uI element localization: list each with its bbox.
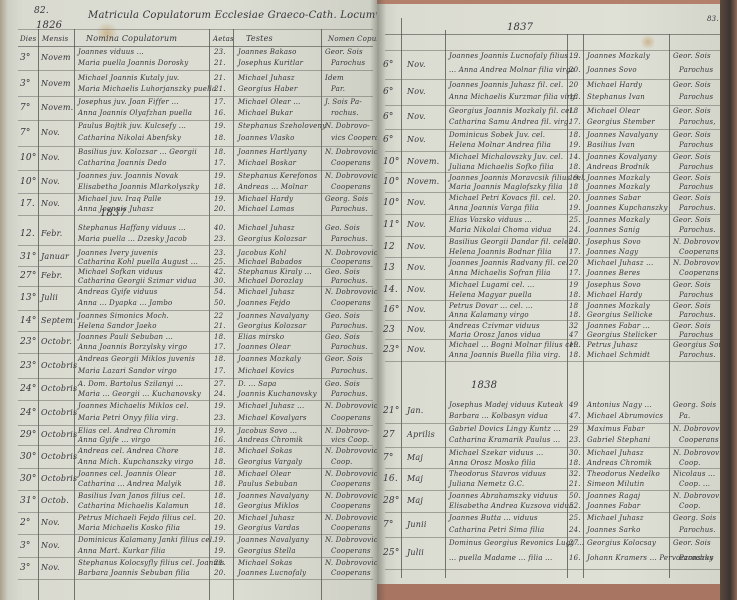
entry-month: Septem. — [41, 316, 76, 325]
bride-name: Anna Orosz Mosko filia — [449, 459, 536, 467]
bride-name: Anna Joannis Varga filia — [449, 204, 539, 212]
row-rule — [18, 579, 373, 580]
groom-name: Basilius Georgii Dandar fil. celeb. — [449, 238, 576, 246]
groom-name: Michael Sofkan viduus — [78, 268, 163, 276]
officiant-line-2: Parochus. — [679, 204, 716, 212]
groom-name: Joannes viduus ... — [78, 48, 144, 56]
officiant-line-2: Cooperans — [679, 436, 719, 444]
witness-1: Michael Juhasz — [238, 224, 295, 232]
witness-1: Michael Juhasz — [587, 449, 644, 457]
entry-month: Nov. — [41, 541, 60, 550]
bride-name: Catharina Nikolai Abenfsky — [78, 134, 181, 142]
officiant-line-2: Cooperans — [331, 480, 371, 488]
bride-age: 18. — [569, 311, 581, 319]
page-number: 83. — [707, 15, 719, 23]
groom-age: 25. — [569, 514, 581, 522]
groom-name: Andreas cel. Andrea Chore — [78, 447, 179, 455]
witness-1: Stephanus Szeholoveny — [238, 122, 326, 130]
groom-age: 19 — [569, 281, 578, 289]
groom-age: 29 — [569, 425, 578, 433]
witness-2: Joannes Sovo — [587, 66, 637, 74]
groom-age: 19. — [214, 402, 226, 410]
section-year-marker: 1837 — [100, 208, 126, 219]
officiant-line-2: Parochus. — [331, 367, 368, 375]
row-rule — [385, 512, 721, 513]
column-divider — [38, 29, 39, 600]
groom-age: 27. — [214, 380, 226, 388]
entry-month: Maj — [407, 474, 423, 483]
entry-day: 27° — [20, 271, 37, 281]
entry-month: Octobris — [41, 408, 77, 417]
row-rule — [18, 512, 373, 513]
entry-month: Nov. — [407, 325, 426, 334]
officiant-line-2: Cooperans — [331, 569, 371, 577]
officiant-line-1: Georgius Sois — [673, 341, 721, 349]
col-header-witnesses: Testes — [246, 34, 273, 43]
bride-name: Helena Molnar Andrea filia — [449, 141, 551, 149]
witness-1: Elias mirsko — [238, 333, 284, 341]
bride-name: Anna Michaelis Sofran filia — [449, 269, 551, 277]
row-rule — [385, 214, 721, 215]
officiant-line-2: Parochus. — [331, 322, 368, 330]
groom-name: Basilius juv. Kolozsar ... Georgii — [78, 148, 197, 156]
groom-age: 20 — [569, 81, 578, 89]
officiant-line-1: Geor. Sois — [673, 107, 711, 115]
row-rule — [385, 447, 721, 448]
entry-day: 10° — [20, 153, 37, 163]
officiant-line-1: Idem — [325, 74, 344, 82]
groom-name: Joannes Michaelis Miklos cel. — [78, 402, 189, 410]
officiant-line-1: Geor. Sois — [673, 174, 711, 182]
row-rule — [385, 192, 721, 193]
officiant-line-2: Cooperans — [331, 414, 371, 422]
bride-name: Anna Michaelis Kurzmar filia virg. — [449, 93, 578, 101]
officiant-line-1: N. Dobrovo- — [325, 122, 370, 130]
groom-age: 18. — [214, 470, 226, 478]
row-rule — [385, 300, 721, 301]
witness-1: Antonius Nagy ... — [587, 401, 652, 409]
entry-month: Octobris — [41, 361, 77, 370]
groom-name: Dominicus Kalamany Janki filius cel. — [78, 536, 215, 544]
bride-name: Catharina Joannis Dedo — [78, 159, 167, 167]
groom-age: 18 — [569, 107, 578, 115]
row-rule — [18, 468, 373, 469]
entry-day: 24° — [20, 408, 37, 418]
bride-age: 16. — [214, 109, 226, 117]
witness-2: Michael Hardy — [587, 291, 642, 299]
row-rule — [18, 96, 373, 97]
groom-age: 19. — [569, 52, 581, 60]
entry-month: Nov. — [407, 285, 426, 294]
officiant-line-2: Parochus. — [331, 390, 368, 398]
groom-age: 19. — [214, 195, 226, 203]
witness-1: Joannes Mozkaly — [587, 174, 650, 182]
bride-name: Maria ... Georgii ... Kuchanovsky — [78, 390, 201, 398]
row-rule — [385, 151, 721, 152]
officiant-line-1: Georg. Sois — [673, 401, 716, 409]
groom-age: 18 — [569, 302, 578, 310]
officiant-line-1: N. Dobrovovics — [673, 425, 721, 433]
groom-name: Joannes Ivery juvenis — [78, 249, 158, 257]
bride-age: 21. — [214, 85, 226, 93]
bride-age: 24. — [569, 526, 581, 534]
entry-month: Novem. — [41, 103, 73, 112]
groom-age: 20 — [569, 259, 578, 267]
witness-1: Michael Juhasz — [238, 74, 295, 82]
officiant-line-1: Geor. Sois — [673, 81, 711, 89]
groom-name: Michael ... Bogni Molnar filius cel. — [449, 341, 579, 349]
groom-name: Joannes cel. Joannis Olear — [78, 470, 176, 478]
right-page: 1837 83. 6°Nov.Joannes Joannis Lucnofaly… — [377, 4, 721, 584]
officiant-line-2: Parochus — [679, 66, 713, 74]
witness-1: Michael Olear — [587, 107, 640, 115]
bride-age: 16. — [569, 554, 581, 562]
witness-1: Maximus Fabar — [587, 425, 645, 433]
groom-name: A. Dom. Bartolus Szilanyi ... — [78, 380, 183, 388]
bride-age: 23. — [214, 235, 226, 243]
water-stain — [641, 34, 655, 50]
open-register-book: 82. Matricula Copulatorum Ecclesiae Grae… — [0, 0, 737, 600]
bride-age: 20. — [214, 205, 226, 213]
officiant-line-2: Cooperans — [331, 502, 371, 510]
officiant-line-1: J. Sois Pa- — [325, 98, 362, 106]
witness-1: Michael Hardy — [238, 195, 293, 203]
officiant-line-2: vics Coop. — [331, 436, 369, 444]
bride-name: Elisabetha Joannis Mlarkolyszky — [78, 183, 199, 191]
officiant-line-2: Cooperans — [331, 299, 371, 307]
column-divider — [233, 29, 234, 600]
bride-name: Catharina Kramarik Paulus ... — [449, 436, 560, 444]
bride-name: Catharina Kohl puella August ... — [78, 258, 198, 266]
officiant-line-1: Geo. Sois — [325, 333, 360, 341]
groom-age: 19. — [214, 536, 226, 544]
bride-name: Maria Petri Onyy filia virg. — [78, 414, 178, 422]
entry-day: 31° — [20, 252, 37, 262]
officiant-line-1: N. Dobrovovics — [673, 259, 721, 267]
entry-day: 29° — [20, 430, 37, 440]
page-number: 82. — [34, 6, 49, 16]
entry-month: Nov. — [407, 263, 426, 272]
entry-month: Novem — [41, 79, 71, 88]
witness-1: Joannes Bakaso — [238, 48, 297, 56]
col-header-names: Nomina Copulatorum — [86, 34, 177, 43]
col-header-month: Mensis — [42, 35, 68, 43]
officiant-line-2: Parochus — [679, 291, 713, 299]
witness-1: Joannes Mozkaly — [587, 216, 650, 224]
witness-1: Josephus Sovo — [587, 281, 641, 289]
groom-age: 42. — [214, 268, 226, 276]
bride-age: 18 — [569, 183, 578, 191]
bride-age: 18. — [569, 163, 581, 171]
witness-2: Andreas Chromik — [587, 459, 652, 467]
officiant-line-1: Geor. Sois — [673, 281, 711, 289]
groom-name: Joannes Joannis Radvany fil. cel. — [449, 259, 571, 267]
bride-name: Anna ... Dyapka ... Jambo — [78, 299, 172, 307]
header-bottom-rule — [18, 46, 373, 47]
groom-age: 19. — [569, 174, 581, 182]
officiant-line-2: Parochus — [331, 59, 365, 67]
groom-name: Georgius Joannis Mozkaly fil. cel. — [449, 107, 574, 115]
officiant-line-2: Parochus. — [679, 311, 716, 319]
entry-month: Octobr. — [41, 337, 72, 346]
witness-2: Michael Bukar — [238, 109, 293, 117]
groom-name: Josephus Madej viduus Kuteak — [449, 401, 564, 409]
groom-name: Joannes Abrahamszky viduus — [449, 492, 558, 500]
column-divider — [583, 34, 584, 578]
groom-age: 25. — [569, 216, 581, 224]
groom-age: 18. — [569, 131, 581, 139]
row-rule — [385, 537, 721, 538]
witness-1: Michael Sokas — [238, 447, 292, 455]
officiant-line-2: Cooperans — [679, 269, 719, 277]
groom-name: Andreas Gyife viduus — [78, 288, 158, 296]
entry-month: Nov. — [407, 135, 426, 144]
column-divider — [567, 34, 568, 578]
bride-age: 20. — [214, 569, 226, 577]
bride-name: Maria Joannis Maglofszky filia — [449, 183, 563, 191]
bride-age: 18. — [214, 134, 226, 142]
entry-day: 10° — [20, 177, 37, 187]
officiant-line-2: Cooperans — [679, 248, 719, 256]
bride-age: 19. — [569, 141, 581, 149]
column-divider — [74, 29, 75, 600]
officiant-line-1: Georg. Sois — [325, 195, 368, 203]
officiant-line-2: Par. — [331, 85, 345, 93]
row-rule — [18, 266, 373, 267]
witness-2: Josephus Kuritlar — [238, 59, 303, 67]
bride-age: 17. — [214, 343, 226, 351]
witness-1: Petrus Juhasz — [587, 341, 638, 349]
officiant-line-1: Geor. Sois — [673, 131, 711, 139]
entry-month: Nov. — [407, 87, 426, 96]
entry-month: Novem. — [407, 177, 439, 186]
groom-age: 23. — [214, 48, 226, 56]
entry-month: Novem. — [407, 157, 439, 166]
officiant-line-2: Coop. — [679, 502, 701, 510]
witness-2: Andreas Chromik — [238, 436, 303, 444]
witness-1: D. ... Sapa — [238, 380, 277, 388]
groom-name: Joannes Butta ... viduus — [449, 514, 538, 522]
row-rule — [385, 423, 721, 424]
witness-2: Georgius Stember — [587, 118, 655, 126]
witness-1: Michael Juhasz — [238, 288, 295, 296]
bride-age: 23. — [569, 436, 581, 444]
bride-age: 17. — [569, 269, 581, 277]
officiant-line-1: Geor. Sois — [673, 302, 711, 310]
witness-2: Andreas Brodnik — [587, 163, 650, 171]
officiant-line-2: Coop. ... — [679, 480, 710, 488]
groom-age: 20. — [569, 238, 581, 246]
groom-age: 18. — [214, 333, 226, 341]
witness-2: Gabriel Stephani — [587, 436, 650, 444]
entry-month: Nov. — [407, 198, 426, 207]
witness-1: Joannes Hartlyany — [238, 148, 307, 156]
groom-age: 19. — [214, 427, 226, 435]
row-rule — [385, 79, 721, 80]
officiant-line-2: Cooperans — [331, 258, 371, 266]
groom-age: 22 — [214, 312, 223, 320]
bride-name: Maria Michaelis Luhorjanszky puella — [78, 85, 216, 93]
officiant-line-2: Coop. — [679, 459, 701, 467]
witness-1: Georgius Kolocsay — [587, 539, 656, 547]
groom-name: Andreas Czivmar viduus — [449, 322, 540, 330]
witness-1: Joannes Navalyany — [238, 492, 309, 500]
officiant-line-1: N. Dobrovovics — [673, 238, 721, 246]
officiant-line-2: Parochus. — [331, 343, 368, 351]
bride-name: Barbara Joannis Sebuban filia — [78, 569, 190, 577]
witness-2: Joannes Kupchanszky — [587, 204, 668, 212]
entry-month: Jan. — [407, 406, 423, 415]
groom-name: Dominicus Sobek Juv. cel. — [449, 131, 545, 139]
bride-age: 21. — [214, 59, 226, 67]
row-rule — [18, 445, 373, 446]
entry-month: Octob. — [41, 496, 69, 505]
row-rule — [18, 215, 373, 216]
entry-day: 14° — [20, 316, 37, 326]
officiant-line-2: Parochus — [679, 163, 713, 171]
officiant-line-1: Geo. Sois — [325, 268, 360, 276]
bride-name: Catharina Michaelis Kalamun — [78, 502, 189, 510]
entry-day: 12. — [20, 229, 35, 239]
entry-month: Maj — [407, 453, 423, 462]
officiant-line-2: Parochus — [679, 141, 713, 149]
officiant-line-2: Parochus — [679, 331, 713, 339]
entry-day: 23° — [20, 361, 37, 371]
groom-age: 19. — [214, 172, 226, 180]
witness-1: Stephanus Kerefonos — [238, 172, 317, 180]
groom-name: Andreas Georgii Miklos juvenis — [78, 355, 195, 363]
bride-age: 19. — [214, 524, 226, 532]
header-bottom-rule — [385, 50, 721, 51]
witness-2: Joannes Olear — [238, 343, 290, 351]
witness-2: Joannes Beres — [587, 269, 640, 277]
bride-age: 17. — [214, 159, 226, 167]
row-rule — [18, 490, 373, 491]
groom-name: Joannes Pauli Sebuban ... — [78, 333, 173, 341]
header-top-rule — [18, 29, 373, 30]
officiant-line-2: Cooperans — [331, 183, 371, 191]
bride-name: Anna Joannis Borzylsky virgo — [78, 343, 187, 351]
bride-name: Elisabetha Andrea Kuzsova vidua — [449, 502, 574, 510]
groom-name: Michael Lugami cel. ... — [449, 281, 535, 289]
row-rule — [18, 245, 373, 246]
groom-name: Elias Vozsko viduus ... — [449, 216, 532, 224]
column-divider — [669, 34, 670, 578]
witness-2: Joannes Mozkaly — [587, 183, 650, 191]
groom-age: 18. — [214, 355, 226, 363]
officiant-line-1: Geor. Sois — [673, 194, 711, 202]
groom-age: 18. — [214, 492, 226, 500]
entry-day: 3° — [20, 53, 31, 63]
groom-name: Michael Petri Kovacs fil. cel. — [449, 194, 556, 202]
column-divider — [401, 18, 402, 578]
bride-name: Maria puella Joannis Dorosky — [78, 59, 188, 67]
officiant-line-2: Parochus. — [331, 277, 368, 285]
groom-name: Joannes Joannis Lucnofaly filius ... — [449, 52, 578, 60]
row-rule — [385, 468, 721, 469]
entry-month: Nov. — [407, 242, 426, 251]
bride-age: 18. — [569, 459, 581, 467]
entry-day: 3° — [20, 563, 31, 573]
left-page: 82. Matricula Copulatorum Ecclesiae Grae… — [0, 0, 377, 600]
row-rule — [385, 172, 721, 173]
witness-2: Georgius Stella — [238, 547, 296, 555]
row-rule — [18, 400, 373, 401]
bride-age: 24. — [569, 226, 581, 234]
groom-name: Gabriel Dovics Lingy Kuntz ... — [449, 425, 561, 433]
row-rule — [385, 257, 721, 258]
groom-age: 32 — [569, 322, 578, 330]
groom-name: Dominus Georgius Revonics Lugy ... — [449, 539, 584, 547]
bride-name: ... puella Madame ... filia ... — [449, 554, 552, 562]
groom-age: 19. — [569, 341, 581, 349]
bride-age: 21. — [569, 480, 581, 488]
witness-2: Joannes Sarko — [587, 526, 641, 534]
entry-month: Octobris — [41, 430, 77, 439]
entry-month: Febr. — [41, 229, 62, 238]
witness-2: Georgius Kolozsar — [238, 235, 306, 243]
groom-age: 21. — [214, 74, 226, 82]
witness-1: Josephus Sovo — [587, 238, 641, 246]
entry-month: Octobris — [41, 474, 77, 483]
groom-name: Basilius Ivan Janos filius cel. — [78, 492, 185, 500]
groom-age: 30. — [569, 449, 581, 457]
entry-month: Nov. — [407, 220, 426, 229]
bride-age: 16. — [214, 436, 226, 444]
witness-2: Georgius Sellicke — [587, 311, 653, 319]
officiant-line-1: Geor. Sois — [673, 539, 711, 547]
witness-1: Joannes Fabar ... — [587, 322, 650, 330]
row-rule — [18, 353, 373, 354]
entry-day: 3° — [20, 541, 31, 551]
row-rule — [18, 70, 373, 71]
officiant-line-1: Geor. Sois — [325, 48, 363, 56]
witness-1: Joannes Navalyany — [238, 312, 309, 320]
entry-month: Octobris — [41, 384, 77, 393]
header-top-rule — [385, 34, 721, 35]
entry-month: Maj — [407, 496, 423, 505]
witness-1: Michael Juhasz — [587, 514, 644, 522]
groom-name: Joannes Joannis Moravcsik filius cel. — [449, 174, 586, 182]
witness-2: Basilius Ivan — [587, 141, 635, 149]
groom-name: Michael juv. Iraq Palle — [78, 195, 162, 203]
witness-2: Stephanus Ivan — [587, 93, 645, 101]
bride-age: 18. — [569, 93, 581, 101]
witness-1: Stephanus Kiraly ... — [238, 268, 312, 276]
bride-name: Anna Mart. Kurkar filia — [78, 547, 165, 555]
entry-month: Febr. — [41, 271, 62, 280]
witness-2: Michael Babados — [238, 258, 302, 266]
officiant-line-2: Parochus. — [679, 226, 716, 234]
witness-1: Theodorus Nedelko — [587, 470, 660, 478]
witness-1: Jacobus Kohl — [238, 249, 286, 257]
bride-age: 17. — [569, 118, 581, 126]
witness-2: Joannis Kuchanovsky — [238, 390, 317, 398]
groom-name: Theodorus Stavros viduus — [449, 470, 546, 478]
groom-age: 18. — [214, 148, 226, 156]
bride-age: 17. — [569, 248, 581, 256]
bride-age: 18. — [214, 480, 226, 488]
witness-2: Andreas ... Molnar — [238, 183, 308, 191]
officiant-line-2: Parochus. — [331, 205, 368, 213]
entry-month: Nov. — [41, 563, 60, 572]
groom-age: 19. — [214, 122, 226, 130]
groom-name: Joannes juv. Joannis Novak — [78, 172, 179, 180]
groom-name: Stephanus Haffany viduus ... — [78, 224, 186, 232]
bride-name: Maria Michaelis Kosko filia — [78, 524, 180, 532]
witness-1: Michael Hardy — [587, 81, 642, 89]
bride-age: 24. — [214, 390, 226, 398]
